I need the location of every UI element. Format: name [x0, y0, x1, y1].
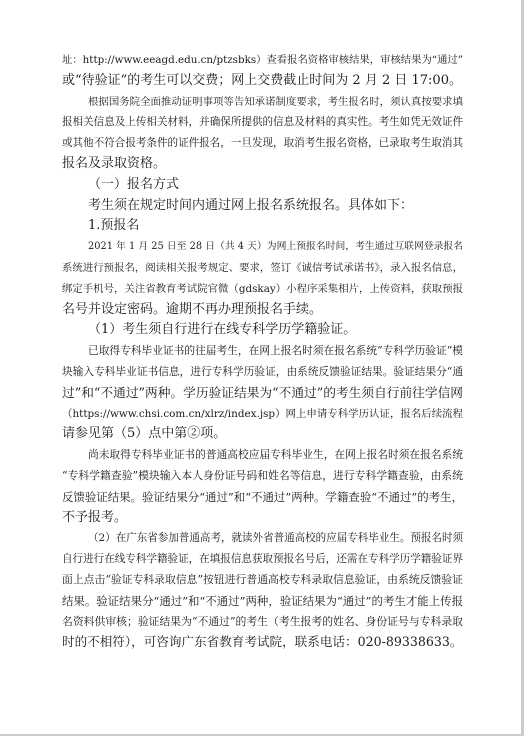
paragraph-line: 反馈验证结果。验证结果分“通过”和“不通过”两种。学籍查验“不通过”的考生， — [62, 487, 463, 508]
paragraph-line: 根据国务院全面推动证明事项等告知承诺制度要求，考生报名时，须认真按要求填 — [62, 92, 463, 113]
paragraph-line: 自行进行在线专科学籍验证，在填报信息获取预报名号后，还需在专科学历学籍验证界 — [62, 549, 463, 570]
paragraph-line: 尚未取得专科毕业证书的普通高校应届专科毕业生，在网上报名时须在报名系统 — [62, 445, 463, 466]
paragraph-line: 名资料供审核；验证结果为“不通过”的考生（考生报考的姓名、身份证号与专科录取 — [62, 612, 463, 633]
document-body: 址：http://www.eeagd.edu.cn/ptzsbks）查看报名资格… — [62, 50, 463, 653]
paragraph-line: 1.预报名 — [62, 216, 463, 237]
paragraph-line: 系统进行预报名，阅读相关报考规定、要求，签订《诚信考试承诺书》，录入报名信息， — [62, 258, 463, 279]
paragraph-line: 请参见第（5）点中第②项。 — [62, 424, 463, 445]
paragraph-line: 址：http://www.eeagd.edu.cn/ptzsbks）查看报名资格… — [62, 50, 463, 71]
paragraph-line: 结果。验证结果分“通过”和“不通过”两种，验证结果为“通过”的考生才能上传报 — [62, 591, 463, 612]
paragraph-line: 或“待验证”的考生可以交费；网上交费截止时间为 2 月 2 日 17:00。 — [62, 71, 463, 92]
paragraph-line: 或其他不符合报考条件的证件报名，一旦发现，取消考生报名资格，已录取考生取消其 — [62, 133, 463, 154]
paragraph-line: 面上点击“验证专科录取信息”按钮进行普通高校专科录取信息验证，由系统反馈验证 — [62, 570, 463, 591]
paragraph-line: 不予报考。 — [62, 508, 463, 529]
paragraph-line: 报相关信息及上传相关材料，并确保所提供的信息及材料的真实性。考生如凭无效证件 — [62, 112, 463, 133]
document-page: 址：http://www.eeagd.edu.cn/ptzsbks）查看报名资格… — [0, 0, 524, 736]
paragraph-line: 绑定手机号，关注省教育考试院官微（gdskay）小程序采集相片，上传资料，获取预… — [62, 279, 463, 300]
paragraph-line: 报名及录取资格。 — [62, 154, 463, 175]
paragraph-line: 时的不相符），可咨询广东省教育考试院，联系电话：020-89338633。 — [62, 632, 463, 653]
paragraph-line: 2021 年 1 月 25 日至 28 日（共 4 天）为网上预报名时间，考生通… — [62, 237, 463, 258]
paragraph-line: （一）报名方式 — [62, 175, 463, 196]
paragraph-line: 块输入专科毕业证书信息，进行专科学历验证，由系统反馈验证结果。验证结果分“通 — [62, 362, 463, 383]
paragraph-line: （1）考生须自行进行在线专科学历学籍验证。 — [62, 320, 463, 341]
paragraph-line: 名号并设定密码。逾期不再办理预报名手续。 — [62, 300, 463, 321]
paragraph-line: （2）在广东省参加普通高考，就读外省普通高校的应届专科毕业生。预报名时须 — [62, 528, 463, 549]
paragraph-line: 考生须在规定时间内通过网上报名系统报名。具体如下： — [62, 196, 463, 217]
paragraph-line: 已取得专科毕业证书的往届考生，在网上报名时须在报名系统“专科学历验证”模 — [62, 341, 463, 362]
paragraph-line: “专科学籍查验”模块输入本人身份证号码和姓名等信息，进行专科学籍查验，由系统 — [62, 466, 463, 487]
paragraph-line: （https://www.chsi.com.cn/xlrz/index.jsp）… — [62, 404, 463, 425]
paragraph-line: 过”和“不通过”两种。学历验证结果为“不通过”的考生须自行前往学信网 — [62, 383, 463, 404]
